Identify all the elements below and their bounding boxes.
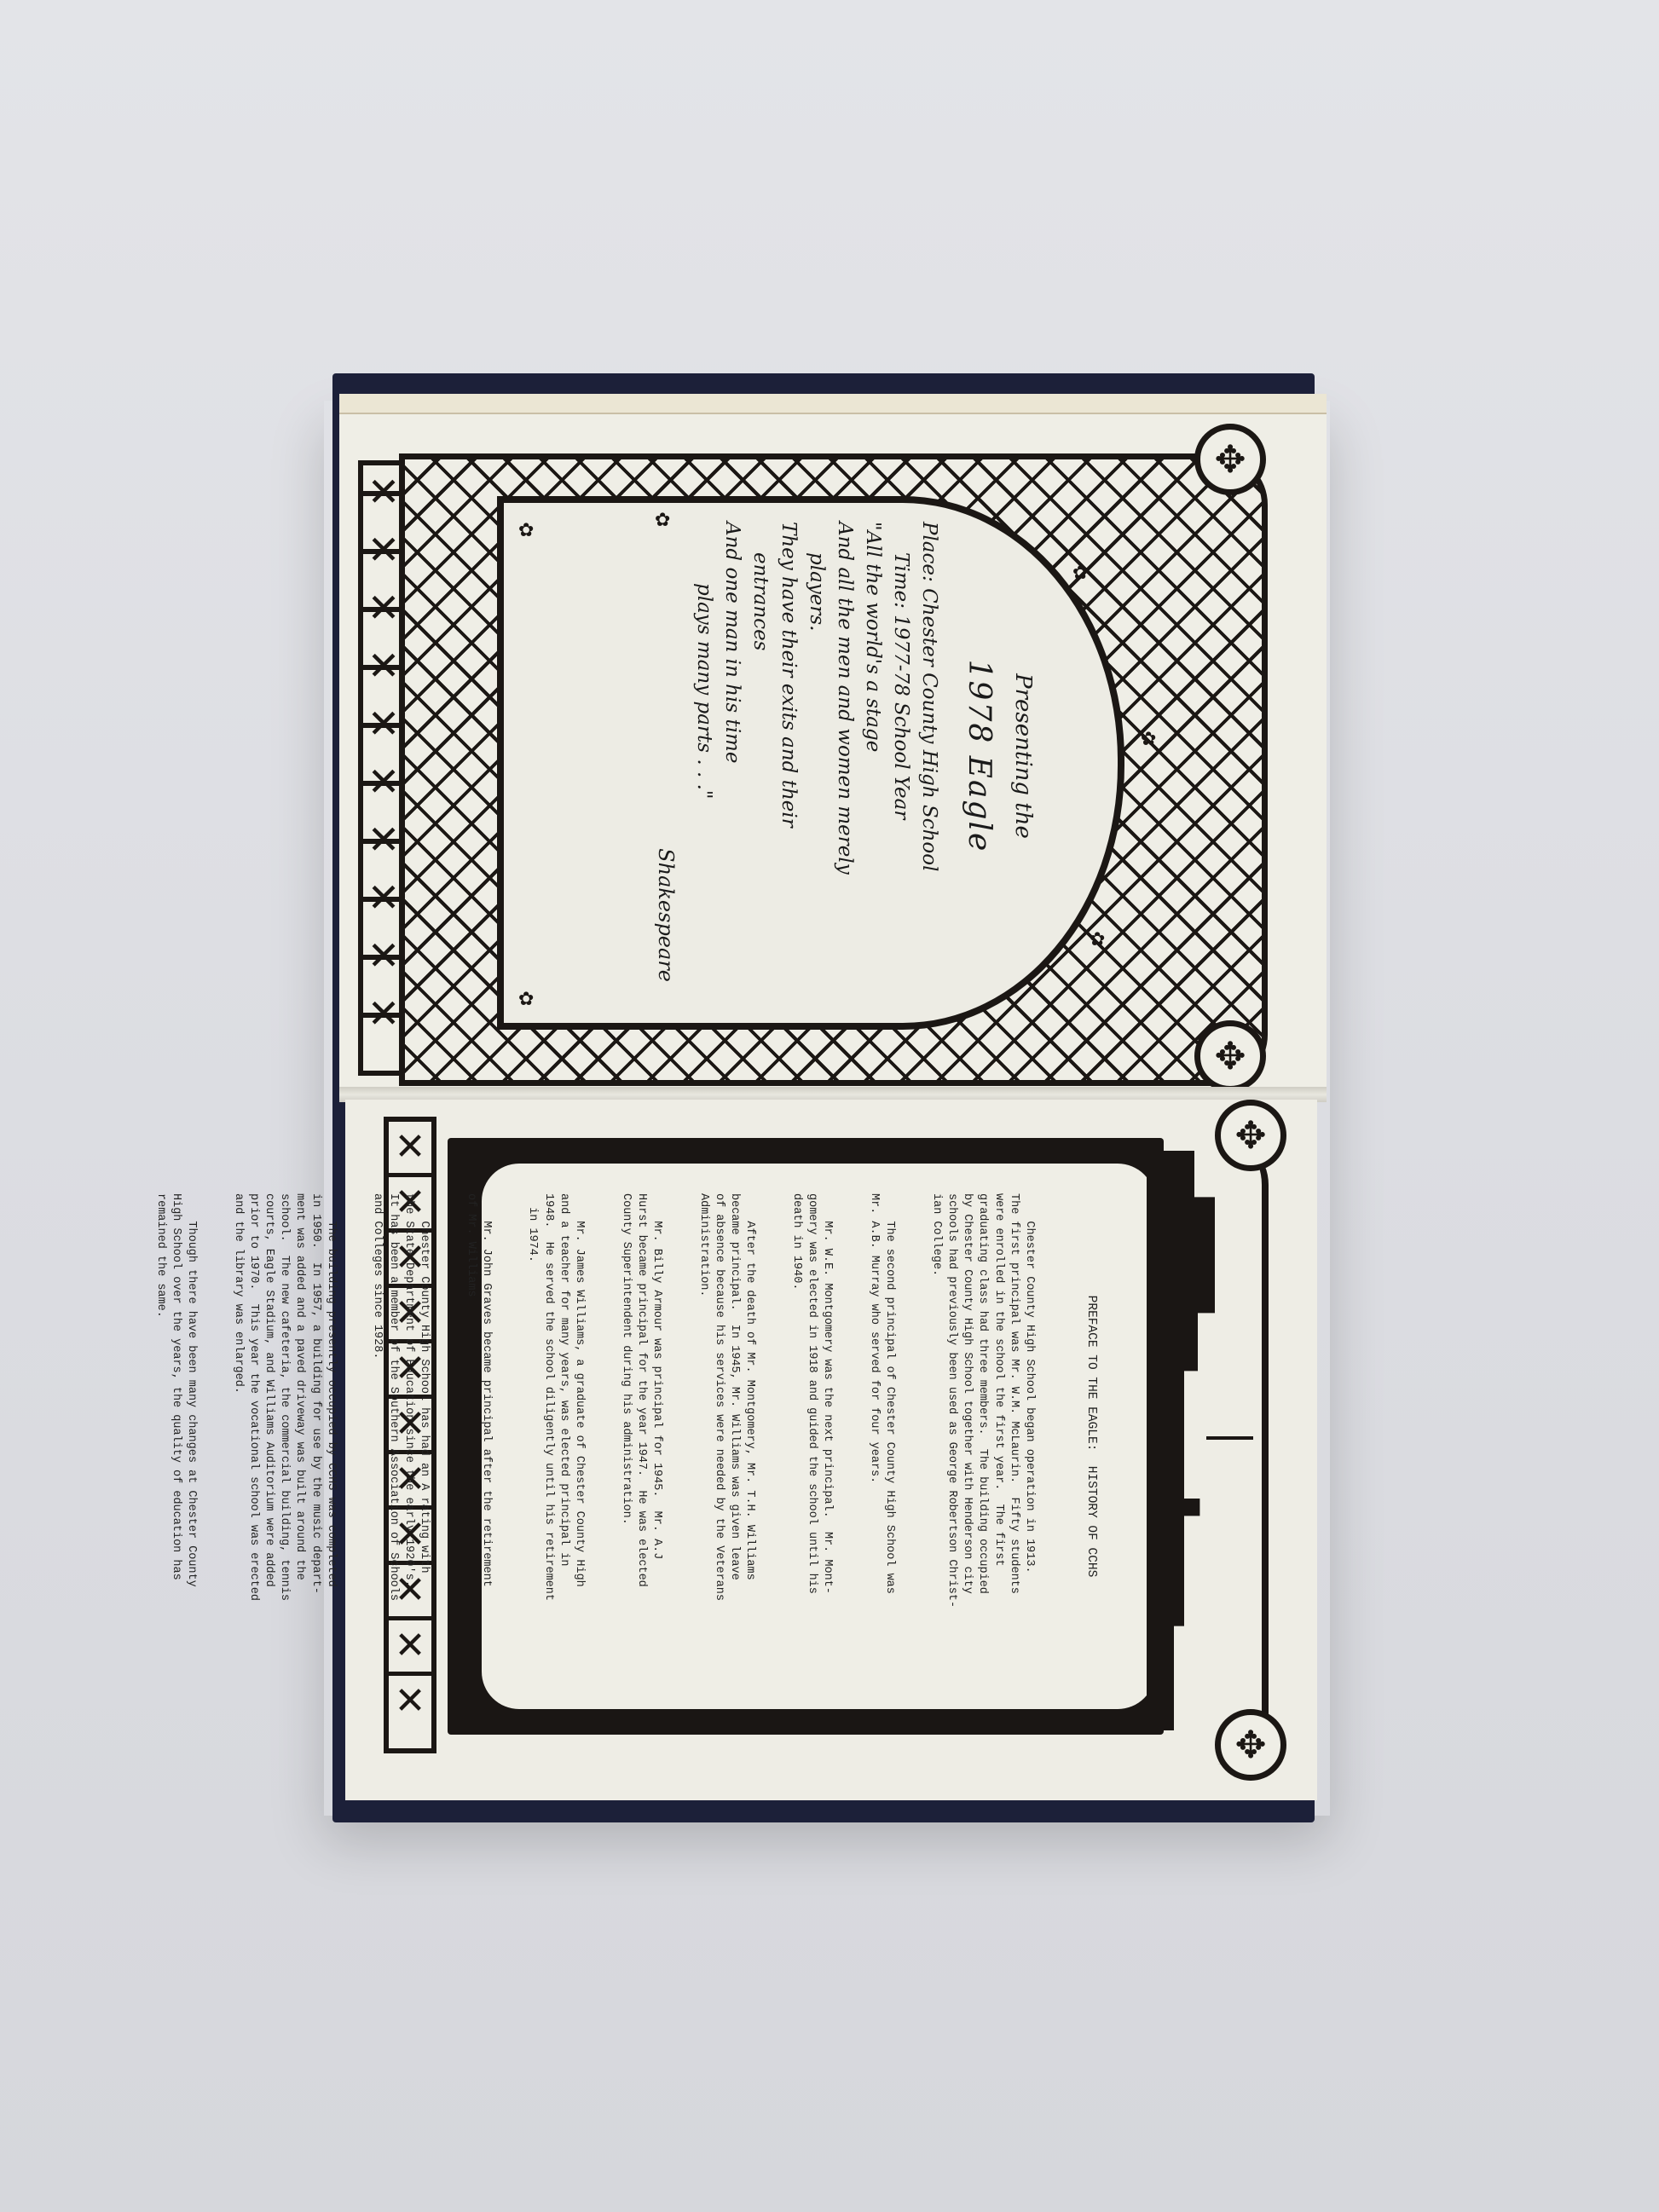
rose-ornament-icon: ✥ — [1215, 1709, 1286, 1781]
trellis-x-icon: ✕ — [363, 755, 404, 808]
title-page: ✕ ✕ ✕ ✕ ✕ ✕ ✕ ✕ ✕ ✕ ✿ ✿ ✿ ✿ ✿ ✿ ✥ ✥ Pres… — [339, 394, 1327, 1089]
history-paragraph: Though there have been many changes at C… — [152, 1193, 199, 1679]
presenting-text: Presenting the — [1010, 522, 1036, 990]
history-paragraph: After the death of Mr. Montgomery, Mr. T… — [696, 1193, 758, 1679]
rose-ornament-icon: ✥ — [1215, 1100, 1286, 1171]
scroll-border-right — [1202, 1134, 1269, 1764]
flower-icon: ✿ — [1072, 564, 1088, 583]
time-line: Time: 1977-78 School Year — [887, 522, 915, 990]
history-heading: PREFACE TO THE EAGLE: HISTORY OF CCHS — [1083, 1193, 1098, 1679]
history-paragraph: The second principal of Chester County H… — [866, 1193, 897, 1679]
history-text-block: PREFACE TO THE EAGLE: HISTORY OF CCHS Ch… — [507, 1185, 1130, 1688]
history-paragraph: Mr. W.E. Montgomery was the next princip… — [789, 1193, 835, 1679]
quote-line: "All the world's a stage — [858, 522, 887, 990]
trellis-x-icon: ✕ — [363, 697, 404, 750]
quote-line: plays many parts . . ." — [690, 522, 718, 990]
place-line: Place: Chester County High School — [915, 522, 943, 990]
rose-ornament-icon: ✥ — [1194, 424, 1266, 495]
flower-icon: ✿ — [518, 990, 534, 1009]
trellis-x-icon: ✕ — [363, 871, 404, 924]
history-paragraph: Chester County High School began operati… — [928, 1193, 1037, 1679]
quote-line: entrances — [746, 522, 774, 990]
history-paragraph: Mr. James Williams, a graduate of Cheste… — [524, 1193, 587, 1679]
title-script-block: Presenting the 1978 Eagle Place: Chester… — [531, 522, 1043, 990]
trellis-x-icon: ✕ — [363, 465, 404, 518]
trellis-x-icon: ✕ — [363, 639, 404, 692]
history-paragraph: Chester County High School has had an A … — [369, 1193, 431, 1679]
yearbook-title: 1978 Eagle — [962, 522, 997, 990]
trellis-x-icon: ✕ — [363, 523, 404, 576]
trellis-x-icon: ✕ — [389, 1122, 431, 1177]
history-paragraph: Mr. John Graves became principal after t… — [462, 1193, 493, 1679]
rose-ornament-icon: ✥ — [1194, 1020, 1266, 1092]
trellis-x-icon: ✕ — [363, 581, 404, 634]
quote-line: And all the men and women merely — [830, 522, 858, 990]
page-edge-strip — [339, 394, 1327, 414]
quote-line: players. — [802, 522, 830, 990]
history-paragraph: The building presently occupied by CCHS … — [229, 1193, 338, 1679]
history-page: ✕ ✕ ✕ ✕ ✕ ✕ ✕ ✕ ✕ ✕ ✕ ✥ ✥ PREFACE TO THE… — [345, 1100, 1317, 1800]
quote-line: And one man in his time — [718, 522, 746, 990]
trellis-x-icon: ✕ — [389, 1676, 431, 1727]
flower-icon: ✿ — [1090, 931, 1105, 950]
trellis-x-icon: ✕ — [363, 929, 404, 982]
trellis-x-icon: ✕ — [363, 987, 404, 1040]
trellis-x-icon: ✕ — [363, 813, 404, 866]
quote-line: They have their exits and their — [774, 522, 802, 990]
history-paragraph: Mr. Billy Armour was principal for 1945.… — [618, 1193, 665, 1679]
quote-attribution: Shakespeare — [654, 522, 678, 990]
flower-icon: ✿ — [1141, 731, 1156, 749]
